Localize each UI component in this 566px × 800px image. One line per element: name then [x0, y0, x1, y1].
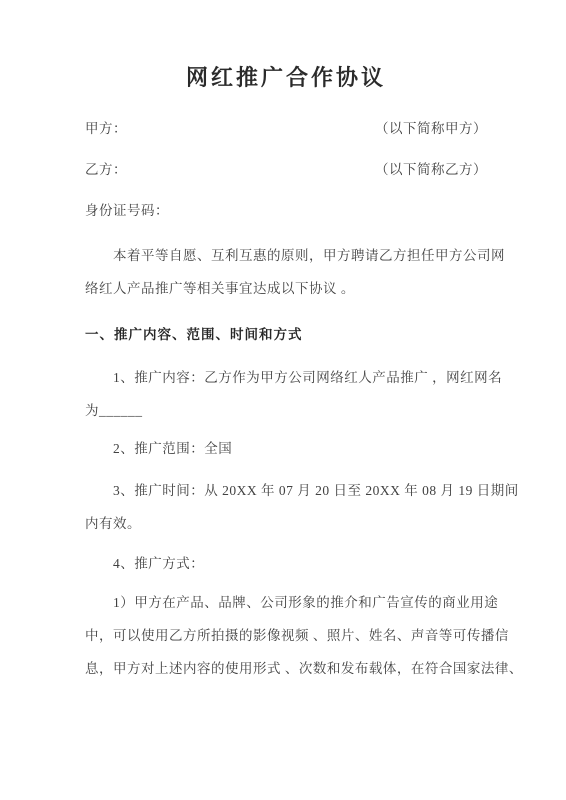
party-b-alias: （以下简称乙方）	[375, 162, 487, 178]
party-a-row: 甲方： （以下简称甲方）	[85, 121, 487, 137]
preamble-line: 本着平等自愿、互利互惠的原则，甲方聘请乙方担任甲方公司网	[85, 239, 487, 272]
section-1-item-4: 4、推广方式：	[85, 547, 487, 580]
preamble-line: 络红人产品推广等相关事宜达成以下协议 。	[85, 272, 487, 305]
item-4-line: 4、推广方式：	[85, 547, 487, 580]
document-page: 网红推广合作协议 甲方： （以下简称甲方） 乙方： （以下简称乙方） 身份证号码…	[0, 0, 566, 800]
subitem-1-line: 息，甲方对上述内容的使用形式 、次数和发布载体，在符合国家法律、	[85, 652, 487, 685]
document-title: 网红推广合作协议	[85, 62, 487, 94]
section-1-item-2: 2、推广范围：全国	[85, 432, 487, 465]
section-1-subitem-1: 1）甲方在产品、品牌、公司形象的推介和广告宣传的商业用途 中，可以使用乙方所拍摄…	[85, 586, 487, 685]
item-2-line: 2、推广范围：全国	[85, 432, 487, 465]
party-b-label: 乙方：	[85, 162, 127, 178]
item-3-line: 内有效。	[85, 507, 487, 540]
id-number-label: 身份证号码：	[85, 203, 487, 219]
document-content: 网红推广合作协议 甲方： （以下简称甲方） 乙方： （以下简称乙方） 身份证号码…	[85, 0, 487, 685]
section-1-heading: 一、推广内容、范围、时间和方式	[85, 326, 487, 343]
section-1-item-1: 1、推广内容：乙方作为甲方公司网络红人产品推广 ，网红网名 为______	[85, 361, 487, 427]
section-1-item-3: 3、推广时间：从 20XX 年 07 月 20 日至 20XX 年 08 月 1…	[85, 474, 487, 540]
subitem-1-line: 中，可以使用乙方所拍摄的影像视频 、照片、姓名、声音等可传播信	[85, 619, 487, 652]
item-3-line: 3、推广时间：从 20XX 年 07 月 20 日至 20XX 年 08 月 1…	[85, 474, 487, 507]
party-a-label: 甲方：	[85, 121, 127, 137]
preamble-paragraph: 本着平等自愿、互利互惠的原则，甲方聘请乙方担任甲方公司网 络红人产品推广等相关事…	[85, 239, 487, 305]
subitem-1-line: 1）甲方在产品、品牌、公司形象的推介和广告宣传的商业用途	[85, 586, 487, 619]
item-1-line: 为______	[85, 394, 487, 427]
party-a-alias: （以下简称甲方）	[375, 121, 487, 137]
item-1-line: 1、推广内容：乙方作为甲方公司网络红人产品推广 ，网红网名	[85, 361, 487, 394]
party-b-row: 乙方： （以下简称乙方）	[85, 162, 487, 178]
